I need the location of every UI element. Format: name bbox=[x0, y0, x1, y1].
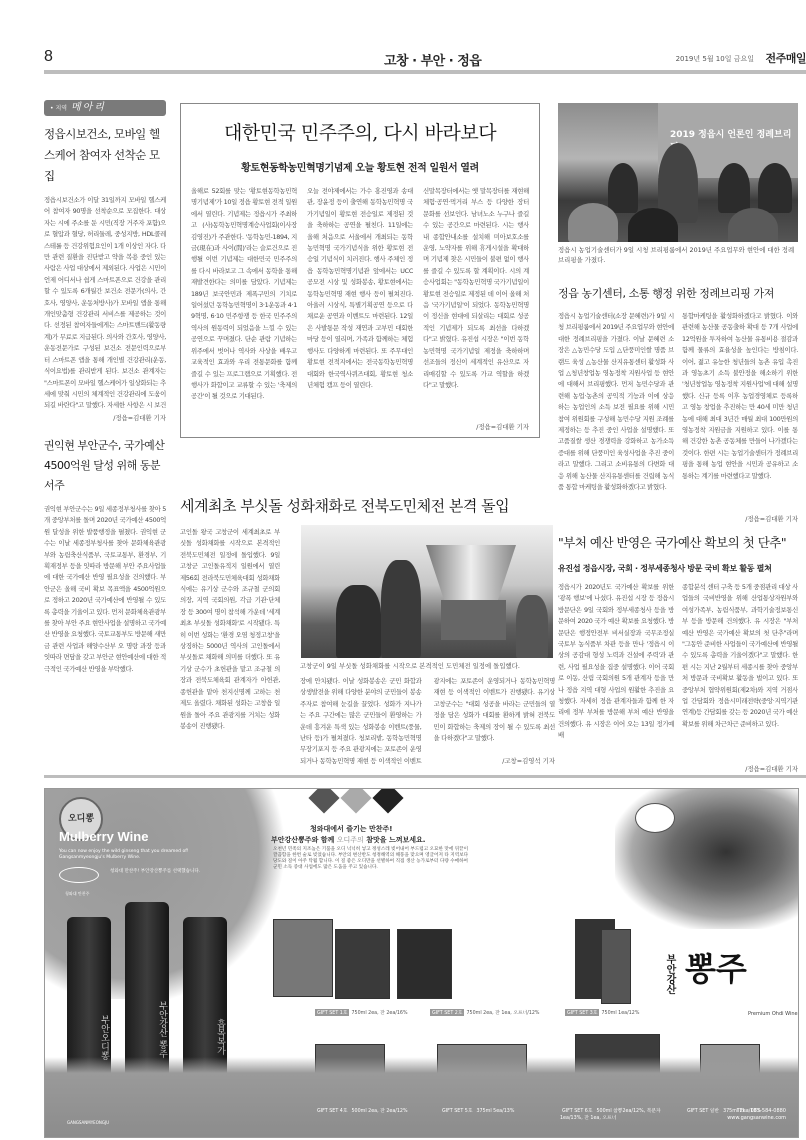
article-column-wrap: 통합마케팅을 활성화하겠다고 밝혔다. 이와 관련해 농산물 공동출하 확대 등… bbox=[682, 311, 798, 526]
article-column: 광지에는 포토존이 운영되거나 동학농민혁명 재현 등 이색적인 이벤트가 진행… bbox=[434, 676, 556, 756]
article-subheadline: 유진섭 정읍시장, 국회 · 정부세종청사 방문 국비 확보 활동 펼쳐 bbox=[558, 563, 798, 574]
article-column-wrap: 광지에는 포토존이 운영되거나 동학농민혁명 재현 등 이색적인 이벤트가 진행… bbox=[434, 676, 556, 768]
audience-figure bbox=[728, 208, 778, 242]
section-title: 고창 · 부안 · 정읍 bbox=[384, 50, 481, 69]
article-byline: /고창=김영석 기자 bbox=[434, 756, 556, 765]
torch-photo bbox=[301, 525, 553, 658]
tag-big: 메아리 bbox=[71, 102, 106, 113]
page-number: 8 bbox=[44, 48, 53, 66]
ad-headline-1: 청와대에서 즐기는 만찬주! bbox=[310, 824, 392, 834]
cheongwadae-label: 청와대 만찬주 bbox=[65, 891, 89, 897]
right-article: 정읍 농기센터, 소통 행정 위한 정례브리핑 가져 정읍시 농업기술센터(소장… bbox=[558, 285, 798, 526]
gift-box bbox=[397, 929, 452, 999]
article-column: 종합분석 센터 구축 등 5개 중점관리 대상 사업들의 국비반영을 위해 산업… bbox=[682, 582, 798, 764]
cheongwadae-text: 청와대 만찬주! 부안강산뽕주를 선택했습니다. bbox=[110, 869, 200, 875]
tag-small: 지역 bbox=[55, 105, 67, 112]
article-column: 정읍시 농업기술센터(소장 문혜련)가 9일 시청 브리핑룸에서 2019년 주… bbox=[558, 311, 674, 526]
cheongwadae-emblem-icon bbox=[59, 867, 99, 883]
photo-caption: 고창군이 9일 부싯돌 성화채화를 시작으로 본격적인 도민체전 일정에 돌입했… bbox=[300, 661, 555, 670]
bullet-icon: • bbox=[50, 105, 54, 112]
main-headline: 대한민국 민주주의, 다시 바라보다 bbox=[191, 118, 529, 145]
main-article-box: 대한민국 민주주의, 다시 바라보다 황토현동학농민혁명기념제 오늘 황토현 전… bbox=[180, 103, 540, 438]
section-tag: • 지역 메아리 bbox=[44, 100, 166, 116]
ad-title: Mulberry Wine bbox=[59, 829, 148, 844]
phone-number: TEL : 063-584-0880 bbox=[727, 1108, 786, 1115]
person-figure bbox=[516, 595, 548, 658]
article-headline: 정읍 농기센터, 소통 행정 위한 정례브리핑 가져 bbox=[558, 285, 798, 301]
article-byline: /정읍=김대환 기자 bbox=[423, 422, 529, 431]
ad-ground bbox=[45, 1057, 798, 1137]
ad-diamonds bbox=[303, 789, 443, 811]
cauldron-base bbox=[441, 600, 506, 640]
website-link[interactable]: www.gangsanwine.com bbox=[727, 1115, 786, 1122]
ad-headline-2: 부안강산뽕주와 함께 오디주의 참맛을 느껴보세요. bbox=[271, 835, 425, 845]
mascot-icon bbox=[635, 803, 675, 833]
person-figure bbox=[608, 163, 638, 213]
gift-set-badge bbox=[372, 788, 403, 814]
main-subheadline: 황토현동학농민혁명기념제 오늘 황토현 전적 일원서 열려 bbox=[191, 159, 529, 174]
gift-box bbox=[273, 919, 333, 997]
article-column: 신말목장터에서는 옛 말목장터를 재현해 체험·공연·먹거리 부스 등 다양한 … bbox=[423, 186, 529, 414]
gift-box bbox=[335, 929, 390, 999]
article-columns: 정읍시가 2020년도 국가예산 확보를 위한 '광폭 행보'에 나섰다. 유진… bbox=[558, 582, 798, 775]
article-column: 장에 안치됐다. 이날 성화봉송은 군민 화합과 상생발전을 위해 다양한 분야… bbox=[300, 676, 422, 768]
budget-article: "부처 예산 반영은 국가예산 확보의 첫 단추" 유진섭 정읍시장, 국회 ·… bbox=[558, 533, 798, 775]
gift-set-1: GIFT SET 1호750ml 2ea, 잔 2ea/16% bbox=[315, 1009, 408, 1016]
article-byline: /정읍=김대환 기자 bbox=[682, 514, 798, 523]
masthead: 8 고창 · 부안 · 정읍 2019년 5월 10일 금요일 전주매일 bbox=[44, 48, 806, 70]
person-figure bbox=[381, 560, 421, 658]
article-body: 권익현 부안군수는 9일 세종정부청사를 찾아 5개 중앙부처를 돌며 2020… bbox=[44, 504, 166, 800]
ad-subtitle: You can now enjoy the wild ginseng that … bbox=[59, 849, 229, 861]
gift-set-3: GIFT SET 3호750ml 1ea/12% bbox=[565, 1009, 639, 1016]
gift-set-2: GIFT SET 2호750ml 2ea, 잔 1ea, 오프너/12% bbox=[430, 1009, 540, 1016]
photo-caption: 정읍시 농업기술센터가 9일 시청 브리핑룸에서 2019년 주요업무와 현안에… bbox=[558, 245, 798, 265]
premium-label: Premium Ohdi Wine bbox=[748, 1011, 798, 1017]
section-divider bbox=[44, 775, 806, 778]
ad-intro: 오천년 민족의 지조높은 기품을 오디 넉넉히 넣고 정성스레 빚어내어 부드럽… bbox=[273, 847, 473, 871]
gift-set-5: GIFT SET 5호375ml 5ea/13% bbox=[440, 1107, 514, 1114]
article-column: 올해로 52회를 맞는 '황토현동학농민혁명기념제'가 10일 정읍 황토현 전… bbox=[191, 186, 297, 436]
maker-label: GANGSANMYEONGJU bbox=[67, 1120, 109, 1125]
article-columns: 정읍시 농업기술센터(소장 문혜련)가 9일 시청 브리핑룸에서 2019년 주… bbox=[558, 311, 798, 526]
article-byline: /정읍=김대환 기자 bbox=[682, 764, 798, 773]
main-article-columns: 올해로 52회를 맞는 '황토현동학농민혁명기념제'가 10일 정읍 황토현 전… bbox=[191, 186, 529, 436]
leaf-diamond bbox=[340, 788, 371, 814]
article-body: 정읍시보건소가 이달 31일까지 모바일 헬스케어 참여자 90명을 선착순으로… bbox=[44, 195, 166, 411]
article-column: 고인돌 왕국 고창군이 세계최초로 부싯돌 성화채화를 시작으로 본격적인 전북… bbox=[180, 527, 280, 767]
article-headline: 정읍시보건소, 모바일 헬스케어 참여자 선착순 모집 bbox=[44, 124, 166, 187]
brand-big: 뽕주 bbox=[685, 944, 747, 990]
gift-box bbox=[601, 929, 631, 1004]
article-column: 정읍시가 2020년도 국가예산 확보를 위한 '광폭 행보'에 나섰다. 유진… bbox=[558, 582, 674, 775]
article-headline: "부처 예산 반영은 국가예산 확보의 첫 단추" bbox=[558, 533, 798, 551]
paper-name: 전주매일 bbox=[765, 50, 806, 66]
article-column: 오늘 전야제에서는 가수 홍진영과 송대관, 장윤정 등이 출연해 동학농민혁명… bbox=[307, 186, 413, 436]
left-article-2: 권익현 부안군수, 국가예산 4500억원 달성 위해 동분서주 권익현 부안군… bbox=[44, 436, 166, 809]
article-column-wrap: 신말목장터에서는 옛 말목장터를 재현해 체험·공연·먹거리 부스 등 다양한 … bbox=[423, 186, 529, 436]
article-headline: 권익현 부안군수, 국가예산 4500억원 달성 위해 동분서주 bbox=[44, 436, 166, 496]
person-figure bbox=[718, 163, 750, 213]
article-columns: 장에 안치됐다. 이날 성화봉송은 군민 화합과 상생발전을 위해 다양한 분야… bbox=[300, 676, 555, 768]
torch-article: 세계최초 부싯돌 성화채화로 전북도민체전 본격 돌입 고인돌 왕국 고창군이 … bbox=[180, 495, 540, 516]
contact-info: TEL : 063-584-0880 www.gangsanwine.com bbox=[727, 1108, 786, 1122]
newspaper-page: 8 고창 · 부안 · 정읍 2019년 5월 10일 금요일 전주매일 • 지… bbox=[0, 0, 806, 1140]
article-byline: /정읍=김대환 기자 bbox=[44, 413, 166, 422]
briefing-photo: 2019 정읍시 언론인 정례브리핑 bbox=[558, 103, 798, 242]
person-figure bbox=[336, 585, 381, 658]
masthead-rule bbox=[44, 70, 806, 74]
cauldron-shape bbox=[426, 545, 516, 600]
person-figure bbox=[758, 163, 792, 213]
gift-set-6: GIFT SET 6호500ml 참뽕2ea/12%, 복분자1ea/13%, … bbox=[560, 1107, 670, 1121]
mulberry-wine-ad: 오디뽕 Mulberry Wine You can now enjoy the … bbox=[44, 788, 799, 1138]
left-column: • 지역 메아리 정읍시보건소, 모바일 헬스케어 참여자 선착순 모집 정읍시… bbox=[44, 100, 166, 422]
issue-date: 2019년 5월 10일 금요일 bbox=[676, 54, 754, 64]
article-column: 통합마케팅을 활성화하겠다고 밝혔다. 이와 관련해 농산물 공동출하 확대 등… bbox=[682, 311, 798, 514]
mulberry-diamond bbox=[308, 788, 339, 814]
audience-figure bbox=[568, 203, 618, 242]
article-column-wrap: 종합분석 센터 구축 등 5개 중점관리 대상 사업들의 국비반영을 위해 산업… bbox=[682, 582, 798, 775]
article-headline: 세계최초 부싯돌 성화채화로 전북도민체전 본격 돌입 bbox=[180, 495, 540, 516]
brand-small: 부안강산 bbox=[662, 954, 677, 994]
audience-figure bbox=[628, 208, 678, 242]
gift-set-4: GIFT SET 4호500ml 2ea, 잔 2ea/12% bbox=[315, 1107, 408, 1114]
